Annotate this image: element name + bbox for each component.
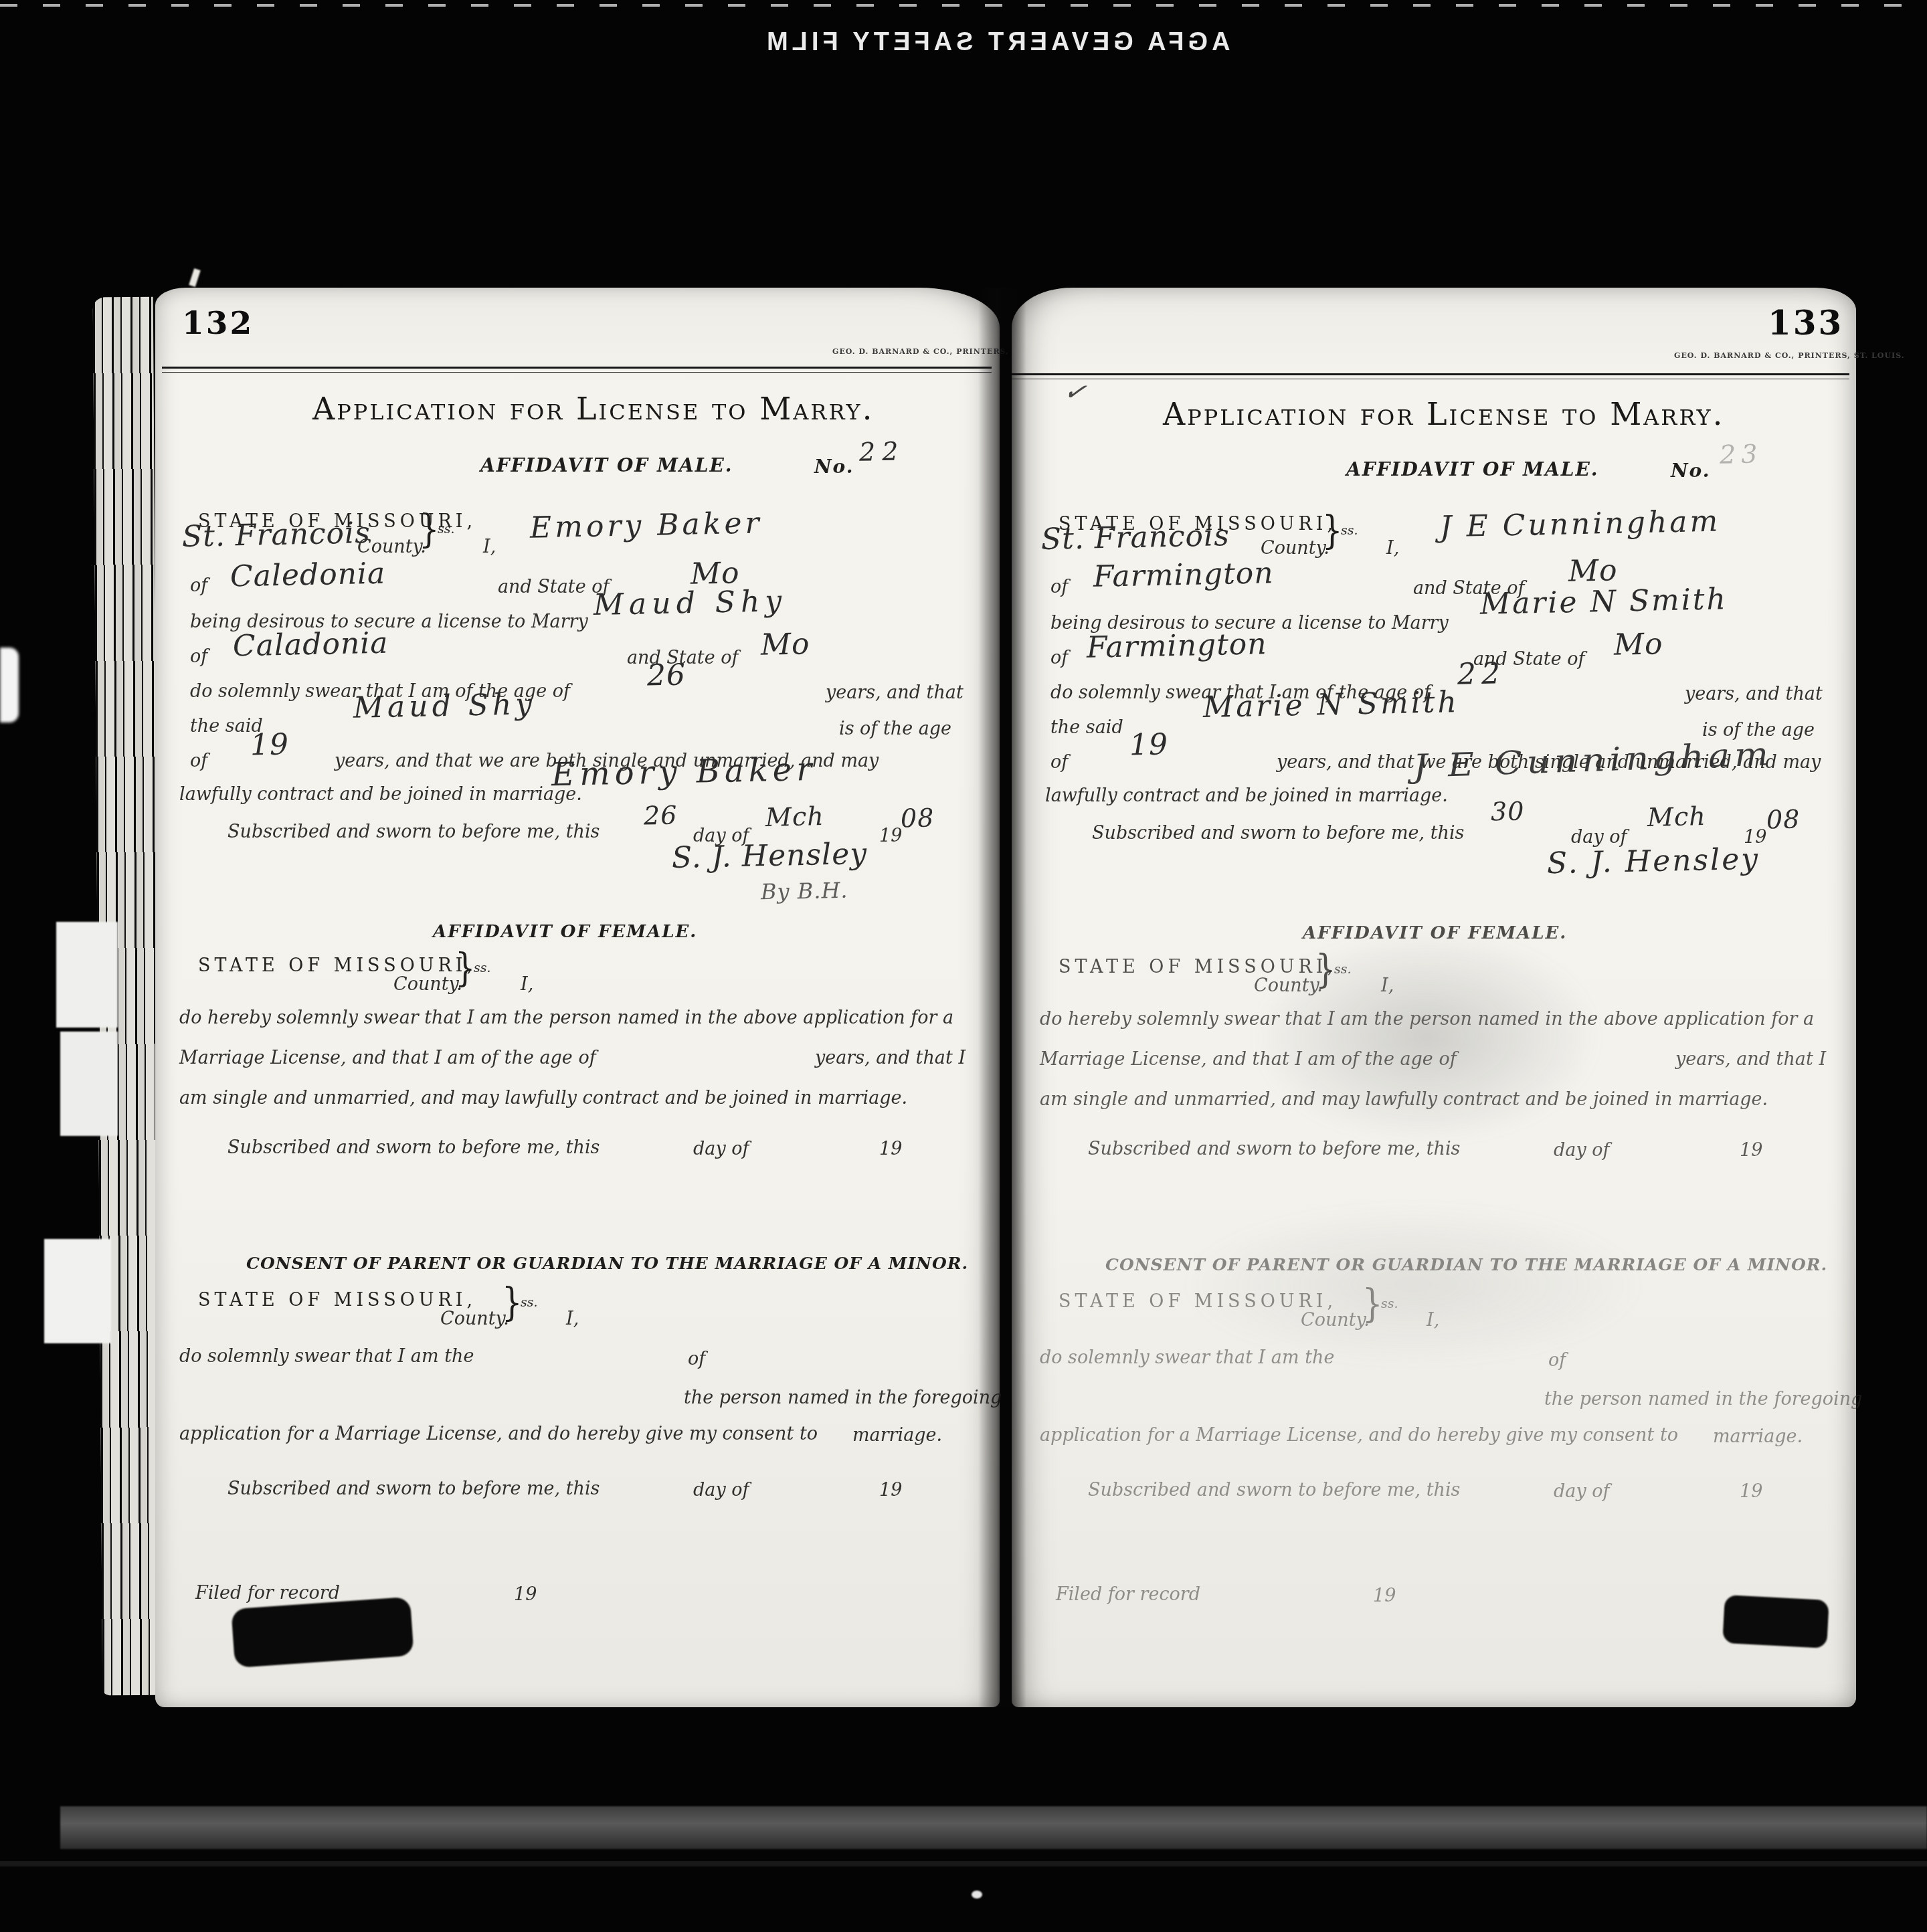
bride-residence-handwritten: Caladonia [233, 629, 389, 662]
year-19-label: 19 [1740, 1482, 1762, 1501]
film-bottom-line [0, 1861, 1927, 1866]
film-edge-text: AGFA GEVAERT SAFETY FILM [763, 29, 1230, 55]
clamp-shadow-left [231, 1597, 414, 1668]
i-label: I, [1386, 539, 1399, 557]
years-and-that: years, and that [1685, 685, 1823, 703]
ss-label: ss. [1341, 524, 1358, 537]
of-label: of [1050, 578, 1068, 596]
female-line2b: years, and that I [815, 1049, 966, 1067]
check-mark-handwritten: ✓ [1062, 377, 1089, 407]
i-label: I, [521, 975, 533, 993]
female-affidavit-heading: AFFIDAVIT OF FEMALE. [433, 923, 697, 941]
sworn-day-handwritten: 30 [1491, 798, 1525, 824]
clamp-shadow-right [1722, 1595, 1829, 1648]
ss-brace: } [455, 949, 476, 988]
film-speck [972, 1891, 982, 1899]
bride-age-handwritten: 19 [250, 730, 290, 760]
scan-smudge [1105, 1177, 1721, 1391]
bride-name-handwritten: Maud Shy [593, 587, 788, 620]
sworn-month-handwritten: Mch [1647, 803, 1706, 830]
sworn-month-handwritten: Mch [765, 803, 824, 830]
lawfully-line: lawfully contract and be joined in marri… [179, 785, 582, 803]
county-label: County. [357, 538, 426, 556]
and-state-of-label: and State of [498, 578, 609, 596]
microfilm-frame: AGFA GEVAERT SAFETY FILM 132 GEO. D. BAR… [0, 0, 1927, 1932]
page-corner-mark [189, 268, 201, 287]
of-label: of [1050, 649, 1068, 667]
county-label: County. [393, 975, 462, 993]
clerk-by-handwritten: By B.H. [761, 880, 848, 903]
consent-line1b: of [688, 1350, 705, 1368]
county-label: County. [1261, 539, 1329, 557]
film-edge-blob [0, 648, 19, 722]
year-19-label: 19 [879, 1481, 902, 1499]
ss-label: ss. [521, 1296, 538, 1309]
day-of-label: day of [1554, 1482, 1609, 1501]
record-no-label: No. [814, 458, 854, 476]
clerk-signature: S. J. Hensley [1547, 845, 1760, 879]
bride-state-handwritten: Mo [761, 630, 810, 660]
year-19-label: 19 [1373, 1587, 1396, 1605]
sworn-day-handwritten: 26 [644, 802, 678, 828]
female-line3: am single and unmarried, and may lawfull… [179, 1089, 907, 1107]
book-gutter-shadow [978, 288, 1026, 1707]
filed-for-record: Filed for record [195, 1584, 340, 1602]
groom-name-handwritten: Emory Baker [530, 508, 763, 543]
i-label: I, [483, 538, 496, 556]
of-label: of [190, 648, 207, 666]
county-handwritten: St. Francois [182, 518, 371, 552]
consent-line3: application for a Marriage License, and … [179, 1425, 818, 1443]
ss-label: ss. [438, 523, 455, 536]
sworn-year-handwritten: 08 [901, 805, 935, 831]
bride-name-2-handwritten: Marie N Smith [1203, 688, 1460, 722]
groom-age-handwritten: 26 [647, 660, 686, 690]
of-label: of [190, 577, 207, 595]
record-no-value: 23 [1720, 441, 1763, 467]
consent-line3b: marriage. [1713, 1428, 1803, 1446]
county-handwritten: St. Francois [1041, 521, 1230, 555]
page-133: 133 GEO. D. BARNARD & CO., PRINTERS, ST.… [1012, 288, 1856, 1707]
male-affidavit-heading: AFFIDAVIT OF MALE. [480, 456, 733, 475]
day-of-label: day of [1571, 828, 1627, 846]
of-label: of [190, 752, 207, 770]
ss-label: ss. [474, 962, 491, 975]
state-of-missouri: STATE OF MISSOURI, [198, 1291, 476, 1309]
subscribed-line: Subscribed and sworn to before me, this [1088, 1481, 1460, 1499]
page-number: 132 [182, 308, 254, 339]
film-edge-tab [60, 1032, 118, 1136]
year-19-label: 19 [514, 1585, 537, 1604]
record-no-label: No. [1671, 462, 1711, 480]
consent-heading: CONSENT OF PARENT OR GUARDIAN TO THE MAR… [246, 1255, 968, 1272]
year-19-label: 19 [1740, 1141, 1762, 1159]
bride-age-handwritten: 19 [1129, 730, 1169, 760]
ss-brace: } [502, 1284, 523, 1323]
subscribed-line: Subscribed and sworn to before me, this [227, 1480, 600, 1498]
page-number: 133 [1768, 306, 1843, 340]
subscribed-line: Subscribed and sworn to before me, this [227, 1139, 600, 1157]
consent-line3b: marriage. [852, 1426, 942, 1444]
page-132: 132 GEO. D. BARNARD & CO., PRINTERS, ST.… [155, 288, 1000, 1707]
groom-signature: J E Cunningham [1412, 738, 1773, 783]
subscribed-line: Subscribed and sworn to before me, this [227, 823, 600, 841]
filed-for-record: Filed for record [1056, 1585, 1200, 1604]
header-rule [162, 367, 992, 373]
years-and-that: years, and that [826, 684, 963, 702]
groom-state-handwritten: Mo [1568, 556, 1618, 587]
groom-name-handwritten: J E Cunningham [1440, 507, 1721, 543]
film-bottom-band [60, 1806, 1927, 1849]
subscribed-line: Subscribed and sworn to before me, this [1092, 824, 1464, 842]
day-of-label: day of [693, 1481, 749, 1499]
printer-imprint: GEO. D. BARNARD & CO., PRINTERS, ST. LOU… [1674, 352, 1905, 359]
groom-residence-handwritten: Caledonia [230, 559, 386, 592]
film-edge-tab [56, 922, 118, 1028]
consent-line1: do solemnly swear that I am the [179, 1347, 474, 1365]
ss-brace: } [1322, 512, 1343, 551]
header-rule [1012, 373, 1849, 379]
female-line1: do hereby solemnly swear that I am the p… [179, 1009, 953, 1027]
scan-smudge [1186, 890, 1667, 1184]
is-of-the-age: is of the age [839, 720, 951, 738]
groom-residence-handwritten: Farmington [1093, 559, 1274, 592]
bride-name-2-handwritten: Maud Shy [353, 690, 537, 723]
of-label: of [1050, 753, 1068, 771]
sworn-year-handwritten: 08 [1766, 806, 1801, 832]
film-edge-tab [44, 1239, 111, 1343]
bride-name-handwritten: Marie N Smith [1480, 585, 1728, 619]
year-19-label: 19 [879, 827, 902, 845]
record-no-value: 22 [859, 438, 905, 464]
bride-residence-handwritten: Farmington [1087, 630, 1267, 663]
form-title: Application for License to Marry. [1163, 399, 1724, 429]
consent-line2: the person named in the foregoing [1544, 1390, 1862, 1408]
lawfully-line: lawfully contract and be joined in marri… [1045, 787, 1448, 805]
consent-line3: application for a Marriage License, and … [1040, 1426, 1678, 1444]
state-of-missouri: STATE OF MISSOURI, [198, 957, 476, 975]
form-title: Application for License to Marry. [312, 393, 874, 424]
the-said-label: the said [1050, 718, 1123, 737]
female-line2: Marriage License, and that I am of the a… [179, 1049, 596, 1067]
film-scratch-line [0, 4, 1927, 7]
bride-state-handwritten: Mo [1614, 630, 1663, 660]
year-19-label: 19 [879, 1140, 902, 1158]
groom-age-handwritten: 22 [1457, 659, 1506, 689]
groom-signature: Emory Baker [551, 753, 817, 791]
county-label: County. [440, 1310, 509, 1328]
female-line2b: years, and that I [1675, 1050, 1826, 1068]
male-affidavit-heading: AFFIDAVIT OF MALE. [1346, 460, 1598, 479]
day-of-label: day of [693, 1140, 749, 1158]
i-label: I, [566, 1310, 579, 1328]
ss-brace: } [419, 510, 440, 549]
consent-line2: the person named in the foregoing [684, 1389, 1002, 1407]
clerk-signature: S. J. Hensley [672, 840, 868, 873]
